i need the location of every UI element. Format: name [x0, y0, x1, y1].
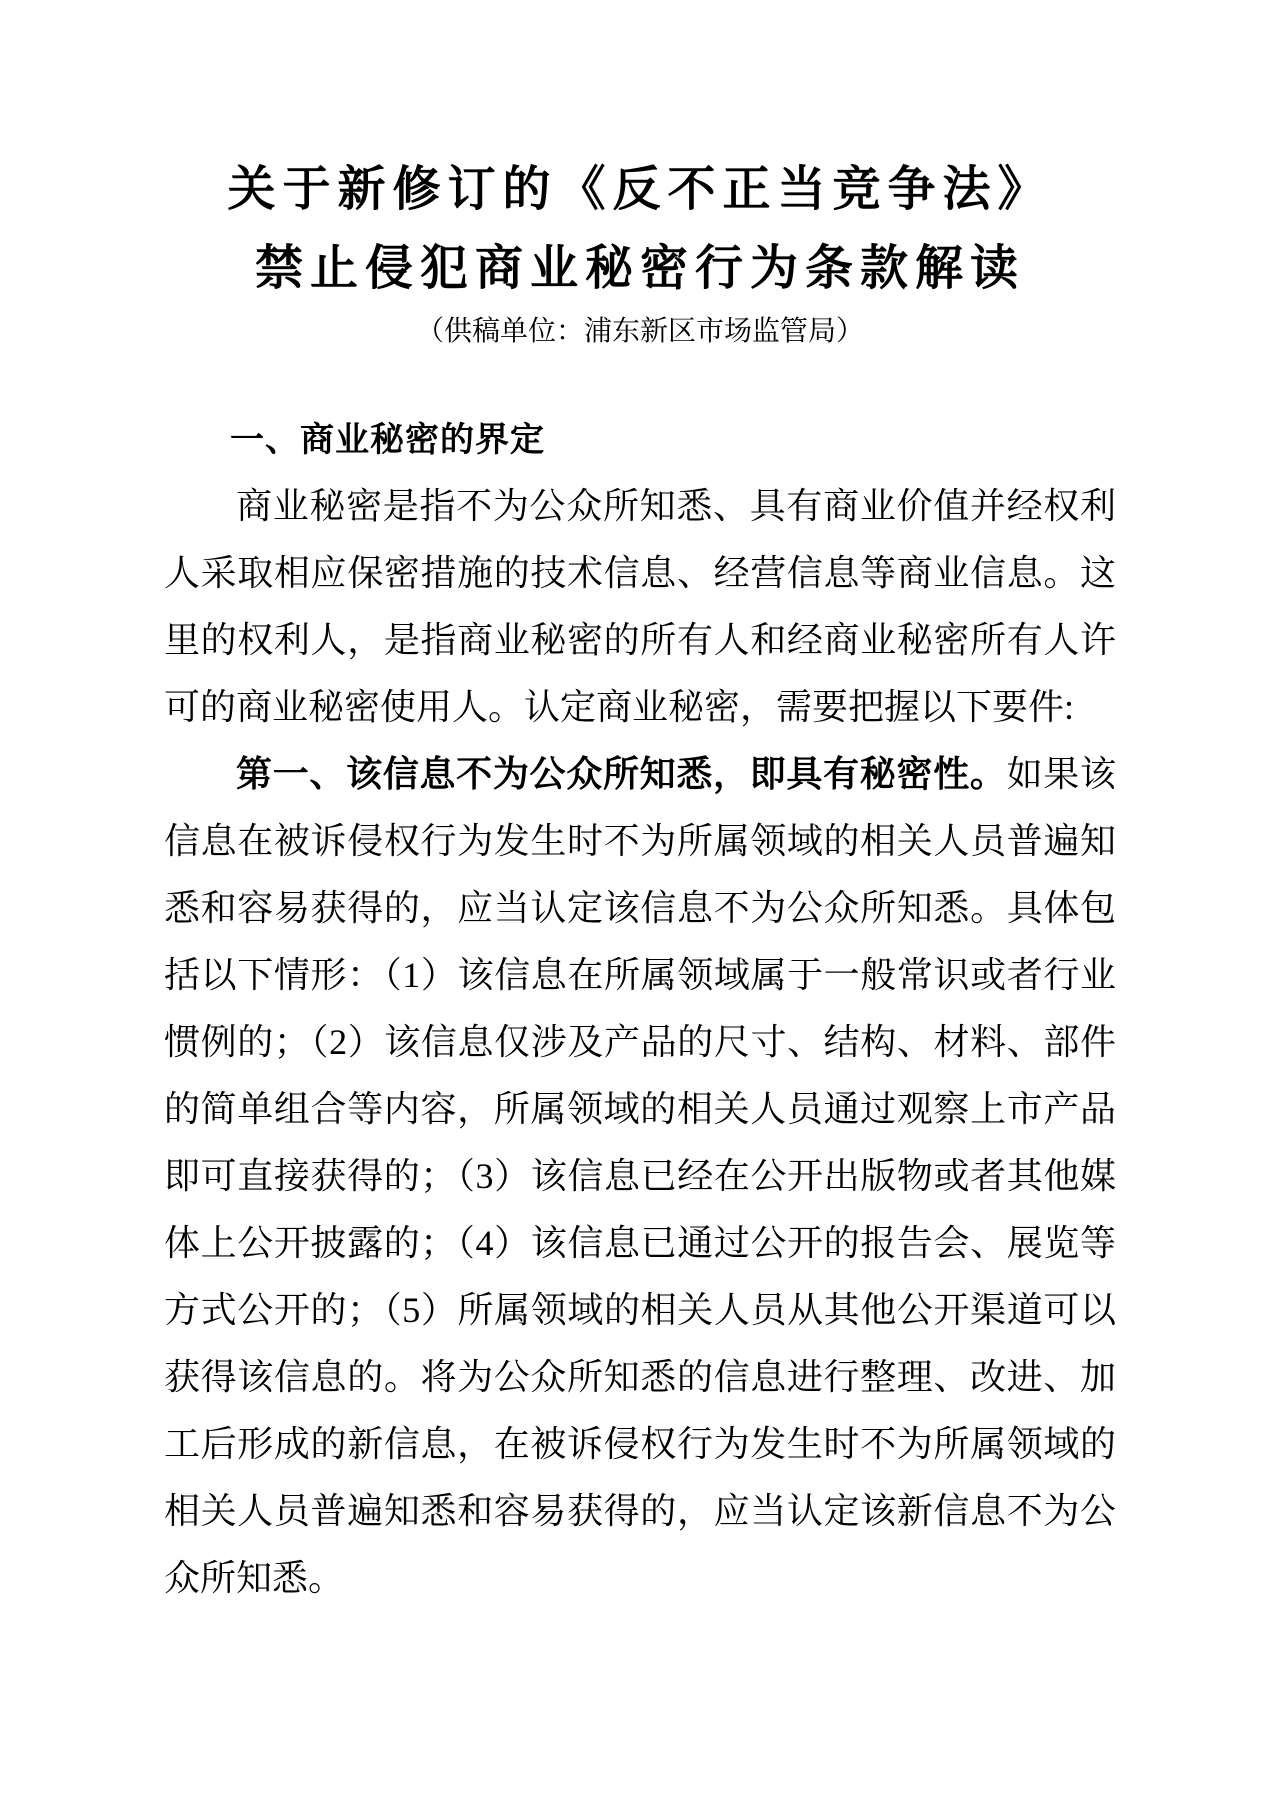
paragraph-secrecy-lead: 第一、该信息不为公众所知悉，即具有秘密性。 [236, 754, 1007, 794]
title-line-1: 关于新修订的《反不正当竞争法》 [164, 150, 1116, 229]
paragraph-definition: 商业秘密是指不为公众所知悉、具有商业价值并经权利人采取相应保密措施的技术信息、经… [164, 473, 1116, 741]
title-line-2: 禁止侵犯商业秘密行为条款解读 [164, 229, 1116, 308]
paragraph-definition-text: 商业秘密是指不为公众所知悉、具有商业价值并经权利人采取相应保密措施的技术信息、经… [164, 486, 1116, 727]
paragraph-secrecy-requirement: 第一、该信息不为公众所知悉，即具有秘密性。如果该信息在被诉侵权行为发生时不为所属… [164, 741, 1116, 1612]
paragraph-secrecy-text: 如果该信息在被诉侵权行为发生时不为所属领域的相关人员普遍知悉和容易获得的，应当认… [164, 754, 1116, 1598]
document-page: 关于新修订的《反不正当竞争法》 禁止侵犯商业秘密行为条款解读 （供稿单位：浦东新… [0, 0, 1280, 1810]
document-title: 关于新修订的《反不正当竞争法》 禁止侵犯商业秘密行为条款解读 [164, 150, 1116, 308]
byline: （供稿单位：浦东新区市场监管局） [164, 312, 1116, 352]
section-heading: 一、商业秘密的界定 [164, 417, 1116, 463]
